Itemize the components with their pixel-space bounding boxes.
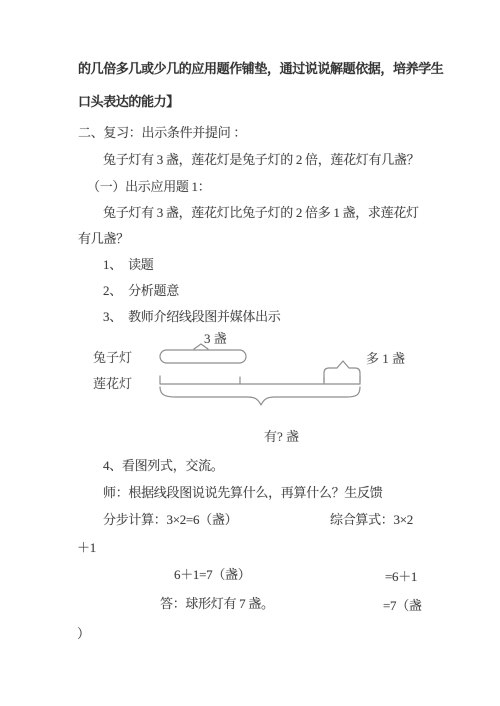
paragraph-intro-line2: 口头表达的能力】: [78, 94, 179, 109]
paragraph-review-problem: 兔子灯有 3 盏，莲花灯是兔子灯的 2 倍，莲花灯有几盏？: [103, 152, 419, 167]
line-segment-diagram: [0, 328, 500, 448]
paragraph-problem-line2: 有几盏？: [78, 231, 129, 246]
combined-close-paren: ）: [77, 626, 90, 641]
combined-expr-line3: =7（盏: [383, 598, 422, 613]
combined-expr-line1: 综合算式：3×2: [330, 512, 413, 527]
diagram-lotus-label: 莲花灯: [93, 377, 132, 391]
paragraph-intro-line1: 的几倍多几或少几的应用题作铺垫，通过说说解题依据，培养学生: [78, 61, 443, 76]
list-item-step3: 3、 教师介绍线段图并媒体出示: [103, 309, 281, 324]
total-brace: [160, 387, 360, 405]
diagram-more-label: 多 1 盏: [366, 352, 405, 366]
diagram-top-label: 3 盏: [204, 332, 227, 346]
list-item-step2: 2、 分析题意: [103, 283, 179, 298]
section-heading-review: 二、复习：出示条件并提问 ：: [78, 125, 246, 140]
stepwise-calc-line1: 分步计算：3×2=6（盏）: [103, 512, 237, 527]
list-item-step4: 4、看图列式，交流。: [103, 458, 224, 473]
list-item-step1: 1、 读题: [103, 257, 154, 272]
subsection-title: （一）出示应用题 1：: [87, 179, 210, 194]
combined-expr-wrap: ＋1: [77, 540, 96, 555]
rabbit-bar: [160, 350, 246, 363]
diagram-rabbit-label: 兔子灯: [93, 351, 132, 365]
paragraph-problem-line1: 兔子灯有 3 盏，莲花灯比兔子灯的 2 倍多 1 盏，求莲花灯: [103, 205, 419, 220]
more-brace: [324, 361, 360, 382]
combined-expr-line2: =6＋1: [385, 569, 417, 584]
document-page: 的几倍多几或少几的应用题作铺垫，通过说说解题依据，培养学生 口头表达的能力】 二…: [0, 0, 500, 706]
paragraph-teacher-prompt: 师：根据线段图说说先算什么，再算什么？生反馈: [103, 485, 382, 500]
answer-line: 答：球形灯有 7 盏。: [160, 596, 274, 611]
diagram-question-label: 有? 盏: [264, 430, 299, 444]
stepwise-calc-line2: 6＋1=7（盏）: [174, 567, 250, 582]
